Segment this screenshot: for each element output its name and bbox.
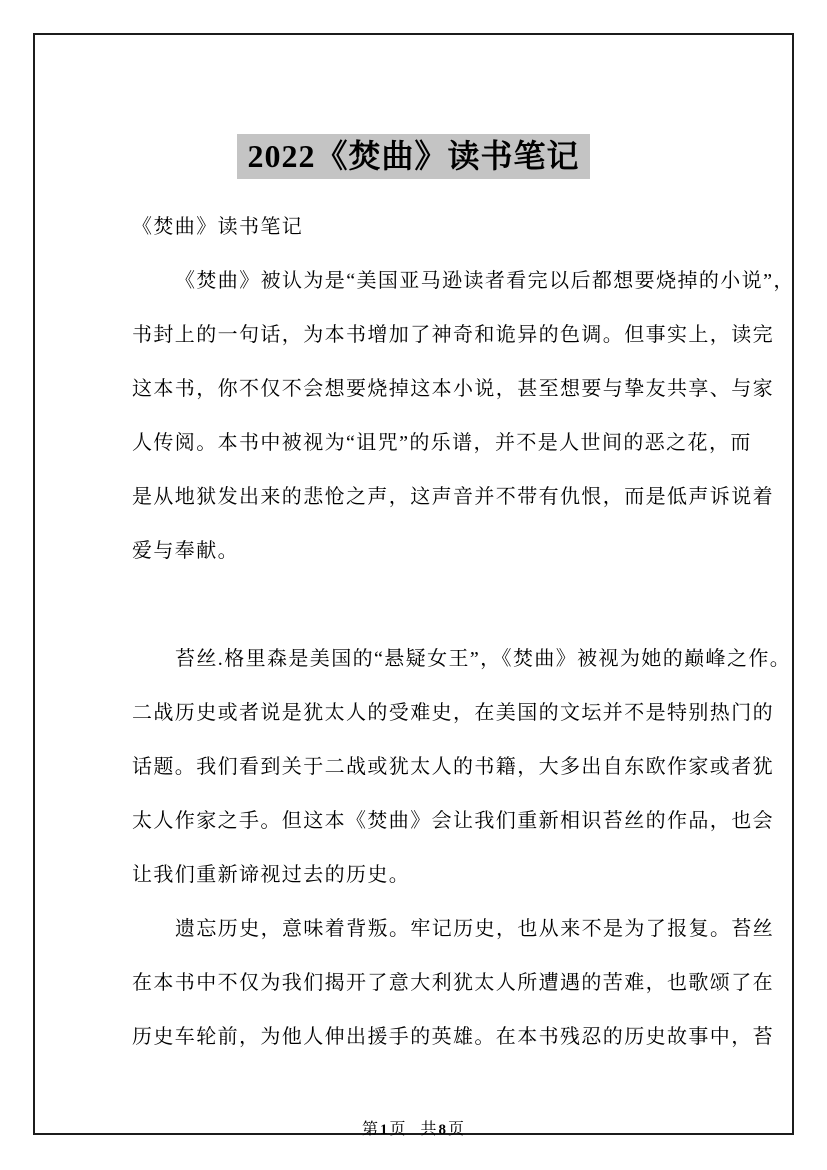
body-blank-line: [132, 578, 794, 632]
body-line: 爱与奉献。: [132, 524, 794, 578]
title-row: 2022《焚曲》读书笔记: [35, 134, 792, 179]
body-line: 话题。我们看到关于二战或犹太人的书籍，大多出自东欧作家或者犹: [132, 740, 794, 794]
page-border: 2022《焚曲》读书笔记 《焚曲》读书笔记《焚曲》被认为是“美国亚马逊读者看完以…: [33, 33, 794, 1135]
page-footer: 第1页共8页: [35, 1116, 792, 1139]
body-line: 人传阅。本书中被视为“诅咒”的乐谱，并不是人世间的恶之花，而: [132, 416, 794, 470]
body-line: 太人作家之手。但这本《焚曲》会让我们重新相识苔丝的作品，也会: [132, 794, 794, 848]
footer-total-number: 8: [438, 1122, 449, 1138]
footer-page-prefix: 第: [362, 1121, 379, 1138]
document-page: 2022《焚曲》读书笔记 《焚曲》读书笔记《焚曲》被认为是“美国亚马逊读者看完以…: [0, 0, 827, 1170]
footer-page-number: 1: [379, 1122, 390, 1138]
footer-total-prefix: 共: [421, 1121, 438, 1138]
body-line: 二战历史或者说是犹太人的受难史，在美国的文坛并不是特别热门的: [132, 686, 794, 740]
body-line: 遗忘历史，意味着背叛。牢记历史，也从来不是为了报复。苔丝: [132, 902, 794, 956]
body-line: 这本书，你不仅不会想要烧掉这本小说，甚至想要与挚友共享、与家: [132, 362, 794, 416]
document-body: 《焚曲》读书笔记《焚曲》被认为是“美国亚马逊读者看完以后都想要烧掉的小说”，书封…: [132, 200, 794, 1064]
document-title: 2022《焚曲》读书笔记: [237, 134, 589, 179]
body-line: 苔丝.格里森是美国的“悬疑女王”，《焚曲》被视为她的巅峰之作。: [132, 632, 794, 686]
footer-page-suffix: 页: [389, 1121, 406, 1138]
body-line: 在本书中不仅为我们揭开了意大利犹太人所遭遇的苦难，也歌颂了在: [132, 956, 794, 1010]
body-line: 历史车轮前，为他人伸出援手的英雄。在本书残忍的历史故事中，苔: [132, 1010, 794, 1064]
body-line: 是从地狱发出来的悲怆之声，这声音并不带有仇恨，而是低声诉说着: [132, 470, 794, 524]
body-line: 《焚曲》读书笔记: [132, 200, 794, 254]
body-line: 《焚曲》被认为是“美国亚马逊读者看完以后都想要烧掉的小说”，: [132, 254, 794, 308]
footer-total-suffix: 页: [448, 1121, 465, 1138]
body-line: 书封上的一句话，为本书增加了神奇和诡异的色调。但事实上，读完: [132, 308, 794, 362]
body-line: 让我们重新谛视过去的历史。: [132, 848, 794, 902]
